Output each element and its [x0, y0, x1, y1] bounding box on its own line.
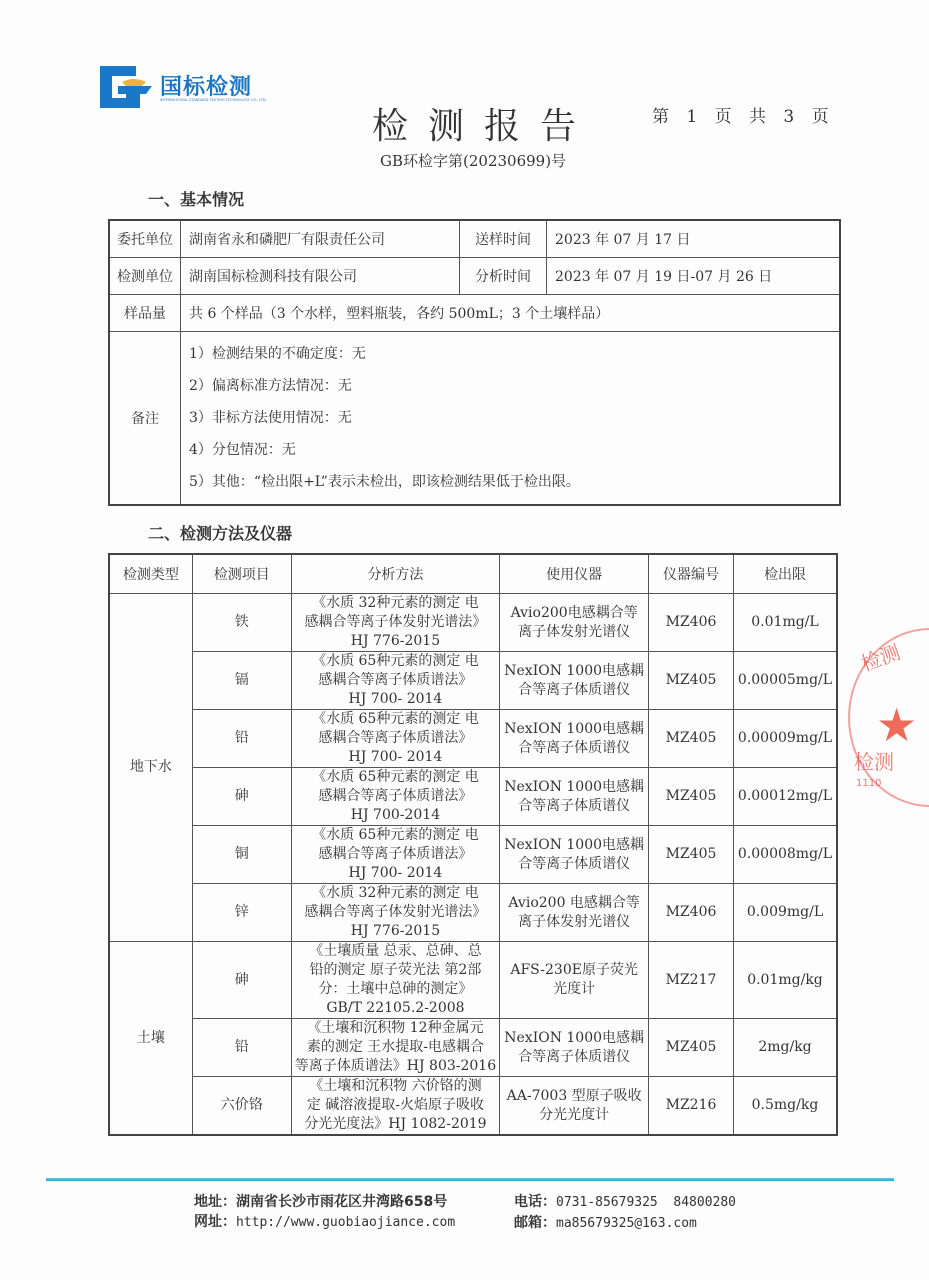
table-header-row: 检测类型 检测项目 分析方法 使用仪器 仪器编号 检出限 — [109, 554, 837, 594]
email-label: 邮箱： — [514, 1215, 556, 1231]
detection-item-cell: 砷 — [192, 942, 291, 1019]
method-line: 素的测定 王水提取-电感耦合 — [294, 1038, 498, 1057]
table-row: 检测单位 湖南国标检测科技有限公司 分析时间 2023 年 07 月 19 日-… — [109, 258, 840, 295]
logo-g-icon — [96, 62, 152, 112]
table-row: 铜《水质 65种元素的测定 电感耦合等离子体质谱法》HJ 700- 2014Ne… — [109, 826, 837, 884]
instrument-line: 离子体发射光谱仪 — [502, 913, 646, 932]
detection-item-cell: 铅 — [192, 1019, 291, 1077]
remark-item: 5）其他：“检出限+L”表示未检出，即该检测结果低于检出限。 — [189, 466, 831, 498]
page-info: 第 1 页 共 3 页 — [652, 102, 831, 127]
detection-item-cell: 铜 — [192, 826, 291, 884]
logo-text: 国标检测 — [160, 70, 252, 101]
website-link[interactable]: http://www.guobiaojiance.com — [236, 1215, 455, 1230]
section-methods-title: 二、检测方法及仪器 — [148, 521, 292, 544]
analysis-method-cell: 《土壤质量 总汞、总砷、总铅的测定 原子荧光法 第2部分：土壤中总砷的测定》GB… — [291, 942, 500, 1019]
instrument-line: Avio200 电感耦合等 — [502, 894, 646, 913]
method-line: HJ 700- 2014 — [294, 690, 498, 709]
method-line: 《土壤质量 总汞、总砷、总 — [294, 942, 498, 961]
instrument-line: AA-7003 型原子吸收 — [502, 1087, 646, 1106]
analysis-method-cell: 《水质 32种元素的测定 电感耦合等离子体发射光谱法》HJ 776-2015 — [291, 594, 500, 652]
analysis-method-cell: 《土壤和沉积物 12种金属元素的测定 王水提取-电感耦合等离子体质谱法》HJ 8… — [291, 1019, 500, 1077]
instrument-line: 分光光度计 — [502, 1106, 646, 1125]
lab-value: 湖南国标检测科技有限公司 — [181, 258, 460, 295]
table-row: 铅《水质 65种元素的测定 电感耦合等离子体质谱法》HJ 700- 2014Ne… — [109, 710, 837, 768]
table-row: 六价铬《土壤和沉积物 六价铬的测定 碱溶液提取-火焰原子吸收分光光度法》HJ 1… — [109, 1077, 837, 1136]
analysis-time-label: 分析时间 — [460, 258, 547, 295]
instrument-cell: AFS-230E原子荧光光度计 — [500, 942, 649, 1019]
detection-limit-cell: 0.5mg/kg — [733, 1077, 837, 1136]
sample-label: 样品量 — [109, 295, 181, 332]
detection-item-cell: 六价铬 — [192, 1077, 291, 1136]
analysis-method-cell: 《土壤和沉积物 六价铬的测定 碱溶液提取-火焰原子吸收分光光度法》HJ 1082… — [291, 1077, 500, 1136]
method-line: HJ 776-2015 — [294, 922, 498, 941]
detection-limit-cell: 0.01mg/kg — [733, 942, 837, 1019]
address-label: 地址： — [194, 1194, 236, 1210]
method-line: HJ 700-2014 — [294, 806, 498, 825]
analysis-method-cell: 《水质 65种元素的测定 电感耦合等离子体质谱法》HJ 700- 2014 — [291, 652, 500, 710]
analysis-time-value: 2023 年 07 月 19 日-07 月 26 日 — [547, 258, 841, 295]
method-line: 感耦合等离子体质谱法》 — [294, 845, 498, 864]
instrument-line: NexION 1000电感耦 — [502, 836, 646, 855]
detection-limit-cell: 0.00005mg/L — [733, 652, 837, 710]
method-line: 等离子体质谱法》HJ 803-2016 — [294, 1057, 498, 1076]
logo-subtext: INTERNATIONAL STANDARD TESTING TECHNOLOG… — [160, 98, 267, 102]
method-line: 《水质 65种元素的测定 电 — [294, 710, 498, 729]
instrument-line: 合等离子体质谱仪 — [502, 1048, 646, 1067]
instrument-line: 合等离子体质谱仪 — [502, 681, 646, 700]
method-line: GB/T 22105.2-2008 — [294, 999, 498, 1018]
methods-instruments-table: 检测类型 检测项目 分析方法 使用仪器 仪器编号 检出限 地下水铁《水质 32种… — [108, 553, 838, 1136]
instrument-line: 合等离子体质谱仪 — [502, 739, 646, 758]
instrument-cell: NexION 1000电感耦合等离子体质谱仪 — [500, 1019, 649, 1077]
instrument-line: NexION 1000电感耦 — [502, 662, 646, 681]
detection-item-cell: 铁 — [192, 594, 291, 652]
star-icon: ★ — [876, 698, 917, 752]
client-label: 委托单位 — [109, 220, 181, 258]
method-line: 定 碱溶液提取-火焰原子吸收 — [294, 1096, 498, 1115]
instrument-number-cell: MZ217 — [649, 942, 734, 1019]
instrument-line: Avio200电感耦合等 — [502, 604, 646, 623]
instrument-cell: NexION 1000电感耦合等离子体质谱仪 — [500, 826, 649, 884]
remark-item: 4）分包情况：无 — [189, 434, 831, 466]
detection-item-cell: 镉 — [192, 652, 291, 710]
instrument-number-cell: MZ216 — [649, 1077, 734, 1136]
detection-item-cell: 砷 — [192, 768, 291, 826]
column-header: 检出限 — [733, 554, 837, 594]
method-line: HJ 700- 2014 — [294, 864, 498, 883]
detection-type-cell: 地下水 — [109, 594, 192, 942]
send-time-value: 2023 年 07 月 17 日 — [547, 220, 841, 258]
method-line: 分光光度法》HJ 1082-2019 — [294, 1115, 498, 1134]
remark-item: 2）偏离标准方法情况：无 — [189, 370, 831, 402]
method-line: HJ 776-2015 — [294, 632, 498, 651]
instrument-number-cell: MZ406 — [649, 594, 734, 652]
method-line: HJ 700- 2014 — [294, 748, 498, 767]
method-line: 感耦合等离子体质谱法》 — [294, 729, 498, 748]
column-header: 分析方法 — [291, 554, 500, 594]
document-number: GB环检字第(20230699)号 — [380, 150, 566, 171]
client-value: 湖南省永和磷肥厂有限责任公司 — [181, 220, 460, 258]
company-logo: 国标检测 INTERNATIONAL STANDARD TESTING TECH… — [96, 62, 266, 112]
instrument-line: 合等离子体质谱仪 — [502, 797, 646, 816]
analysis-method-cell: 《水质 32种元素的测定 电感耦合等离子体发射光谱法》HJ 776-2015 — [291, 884, 500, 942]
send-time-label: 送样时间 — [460, 220, 547, 258]
method-line: 感耦合等离子体发射光谱法》 — [294, 903, 498, 922]
method-line: 《水质 32种元素的测定 电 — [294, 884, 498, 903]
method-line: 《水质 65种元素的测定 电 — [294, 826, 498, 845]
detection-limit-cell: 0.01mg/L — [733, 594, 837, 652]
column-header: 使用仪器 — [500, 554, 649, 594]
instrument-line: NexION 1000电感耦 — [502, 778, 646, 797]
footer-left: 地址：湖南省长沙市雨花区井湾路658号 网址：http://www.guobia… — [194, 1192, 455, 1233]
table-row: 土壤砷《土壤质量 总汞、总砷、总铅的测定 原子荧光法 第2部分：土壤中总砷的测定… — [109, 942, 837, 1019]
detection-limit-cell: 0.00012mg/L — [733, 768, 837, 826]
method-line: 分：土壤中总砷的测定》 — [294, 980, 498, 999]
table-row: 委托单位 湖南省永和磷肥厂有限责任公司 送样时间 2023 年 07 月 17 … — [109, 220, 840, 258]
report-title: 检测报告 — [372, 98, 596, 149]
remarks-list: 1）检测结果的不确定度：无 2）偏离标准方法情况：无 3）非标方法使用情况：无 … — [181, 332, 841, 506]
remarks-label: 备注 — [109, 332, 181, 506]
instrument-number-cell: MZ405 — [649, 1019, 734, 1077]
table-row: 备注 1）检测结果的不确定度：无 2）偏离标准方法情况：无 3）非标方法使用情况… — [109, 332, 840, 506]
instrument-number-cell: MZ405 — [649, 652, 734, 710]
sample-value: 共 6 个样品（3 个水样，塑料瓶装，各约 500mL；3 个土壤样品） — [181, 295, 841, 332]
instrument-line: 光度计 — [502, 980, 646, 999]
instrument-line: NexION 1000电感耦 — [502, 1029, 646, 1048]
instrument-line: AFS-230E原子荧光 — [502, 961, 646, 980]
table-row: 镉《水质 65种元素的测定 电感耦合等离子体质谱法》HJ 700- 2014Ne… — [109, 652, 837, 710]
detection-item-cell: 锌 — [192, 884, 291, 942]
instrument-cell: Avio200 电感耦合等离子体发射光谱仪 — [500, 884, 649, 942]
instrument-line: NexION 1000电感耦 — [502, 720, 646, 739]
basic-info-table: 委托单位 湖南省永和磷肥厂有限责任公司 送样时间 2023 年 07 月 17 … — [108, 219, 841, 506]
analysis-method-cell: 《水质 65种元素的测定 电感耦合等离子体质谱法》HJ 700- 2014 — [291, 710, 500, 768]
table-row: 锌《水质 32种元素的测定 电感耦合等离子体发射光谱法》HJ 776-2015A… — [109, 884, 837, 942]
official-seal-stamp: 检测 ★ 检测 1110 — [848, 628, 929, 808]
remark-item: 3）非标方法使用情况：无 — [189, 402, 831, 434]
remark-item: 1）检测结果的不确定度：无 — [189, 338, 831, 370]
table-row: 样品量 共 6 个样品（3 个水样，塑料瓶装，各约 500mL；3 个土壤样品） — [109, 295, 840, 332]
method-line: 感耦合等离子体质谱法》 — [294, 787, 498, 806]
footer-right: 电话：0731-85679325 84800280 邮箱：ma85679325@… — [514, 1192, 736, 1234]
analysis-method-cell: 《水质 65种元素的测定 电感耦合等离子体质谱法》HJ 700-2014 — [291, 768, 500, 826]
instrument-number-cell: MZ406 — [649, 884, 734, 942]
detection-limit-cell: 0.009mg/L — [733, 884, 837, 942]
analysis-method-cell: 《水质 65种元素的测定 电感耦合等离子体质谱法》HJ 700- 2014 — [291, 826, 500, 884]
method-line: 感耦合等离子体发射光谱法》 — [294, 613, 498, 632]
table-row: 铅《土壤和沉积物 12种金属元素的测定 王水提取-电感耦合等离子体质谱法》HJ … — [109, 1019, 837, 1077]
instrument-cell: NexION 1000电感耦合等离子体质谱仪 — [500, 768, 649, 826]
detection-type-cell: 土壤 — [109, 942, 192, 1136]
address-value: 湖南省长沙市雨花区井湾路658号 — [236, 1194, 447, 1210]
detection-limit-cell: 0.00008mg/L — [733, 826, 837, 884]
method-line: 《土壤和沉积物 12种金属元 — [294, 1019, 498, 1038]
column-header: 检测项目 — [192, 554, 291, 594]
email-link[interactable]: ma85679325@163.com — [556, 1216, 697, 1231]
instrument-line: 合等离子体质谱仪 — [502, 855, 646, 874]
method-line: 《水质 32种元素的测定 电 — [294, 594, 498, 613]
instrument-cell: AA-7003 型原子吸收分光光度计 — [500, 1077, 649, 1136]
instrument-cell: NexION 1000电感耦合等离子体质谱仪 — [500, 652, 649, 710]
lab-label: 检测单位 — [109, 258, 181, 295]
instrument-cell: Avio200电感耦合等离子体发射光谱仪 — [500, 594, 649, 652]
detection-item-cell: 铅 — [192, 710, 291, 768]
instrument-line: 离子体发射光谱仪 — [502, 623, 646, 642]
method-line: 《土壤和沉积物 六价铬的测 — [294, 1077, 498, 1096]
instrument-cell: NexION 1000电感耦合等离子体质谱仪 — [500, 710, 649, 768]
instrument-number-cell: MZ405 — [649, 710, 734, 768]
table-row: 砷《水质 65种元素的测定 电感耦合等离子体质谱法》HJ 700-2014Nex… — [109, 768, 837, 826]
method-line: 铅的测定 原子荧光法 第2部 — [294, 961, 498, 980]
phone-label: 电话： — [514, 1194, 556, 1210]
phone-value: 0731-85679325 84800280 — [556, 1195, 736, 1210]
column-header: 仪器编号 — [649, 554, 734, 594]
seal-digits: 1110 — [856, 778, 881, 789]
website-label: 网址： — [194, 1214, 236, 1230]
seal-text-bottom: 检测 — [854, 746, 894, 775]
footer-divider — [46, 1178, 894, 1181]
method-line: 感耦合等离子体质谱法》 — [294, 671, 498, 690]
section-basic-info-title: 一、基本情况 — [148, 187, 244, 210]
instrument-number-cell: MZ405 — [649, 826, 734, 884]
detection-limit-cell: 2mg/kg — [733, 1019, 837, 1077]
column-header: 检测类型 — [109, 554, 192, 594]
instrument-number-cell: MZ405 — [649, 768, 734, 826]
method-line: 《水质 65种元素的测定 电 — [294, 652, 498, 671]
method-line: 《水质 65种元素的测定 电 — [294, 768, 498, 787]
detection-limit-cell: 0.00009mg/L — [733, 710, 837, 768]
table-row: 地下水铁《水质 32种元素的测定 电感耦合等离子体发射光谱法》HJ 776-20… — [109, 594, 837, 652]
